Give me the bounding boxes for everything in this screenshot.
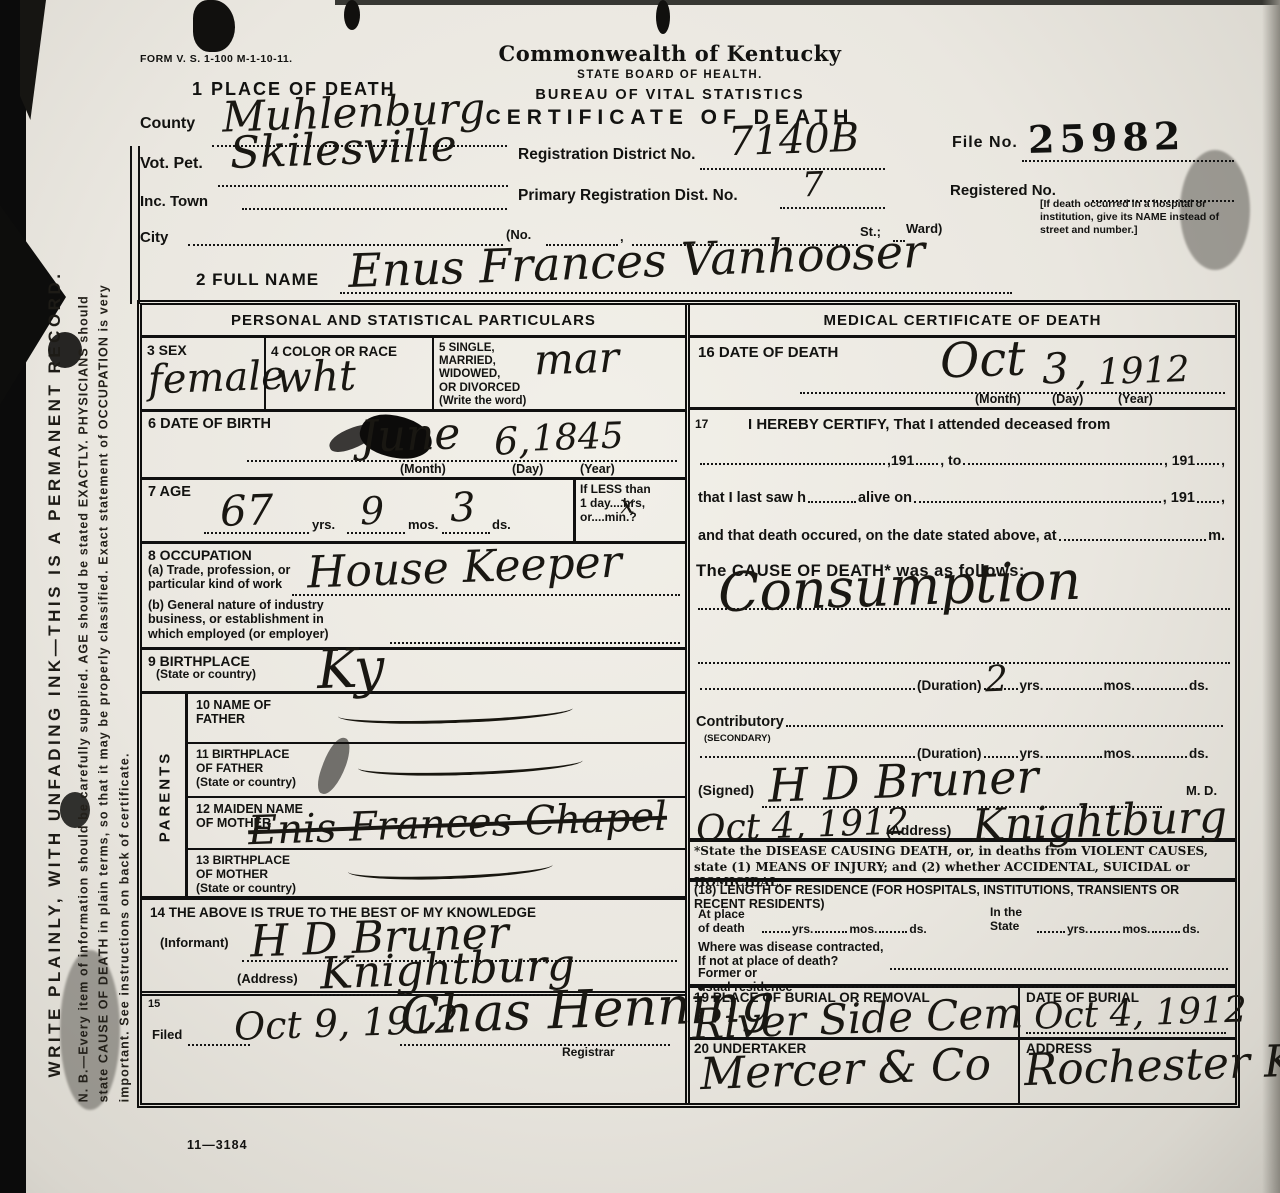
file-no-label: File No. [952,134,1018,152]
contributory-label: Contributory [696,714,784,730]
dotted-blank [879,929,907,933]
informant-address-label: (Address) [237,972,298,987]
month-sublabel: (Month) [400,462,446,476]
state-board-title: STATE BOARD OF HEALTH. [470,69,870,82]
signed-address-handwritten: Knightburg [971,796,1228,849]
color-race-handwritten: wht [275,355,356,400]
mos-label: mos. [1104,746,1136,761]
occupation-handwritten: House Keeper [306,541,622,596]
city-label: City [140,229,168,246]
yrs-label: yrs. [312,518,335,533]
county-label: County [140,115,195,133]
age-months-handwritten: 9 [359,492,384,531]
printed-191: , 191 [1164,452,1195,468]
occupation-label: 8 OCCUPATION [148,547,252,563]
informant-label: (Informant) [160,936,229,951]
dotted-blank [700,166,885,170]
filed-label: Filed [152,1028,182,1043]
occupation-b-label: (b) General nature of industry business,… [148,598,329,641]
scan-right-shadow [1262,0,1280,1193]
dotted-blank [700,686,915,690]
form-left-rule [130,146,140,304]
sex-cell: 3 SEX female [142,338,264,409]
printed-comma: , [1221,452,1225,468]
age-row: 7 AGE 67 yrs. 9 mos. 3 ds. If LESS than … [142,480,685,544]
less-than-day-note: If LESS than 1 day....hrs, or....min.? [580,483,651,524]
registration-district-handwritten: 7140B [727,118,860,163]
burial-row: 19 PLACE OF BURIAL OR REMOVAL River Side… [690,988,1235,1040]
cause-of-death-handwritten: Consumption [717,554,1082,621]
registrar-label: Registrar [562,1046,615,1060]
mos-label: mos. [408,518,438,533]
dod-year-handwritten: , 1912 [1074,352,1190,392]
full-name-label: 2 FULL NAME [196,270,319,290]
duration-line: (Duration) yrs. mos. ds. [698,678,1225,693]
dotted-blank [700,461,885,465]
month-sublabel: (Month) [975,392,1021,406]
father-birthplace-row: 11 BIRTHPLACE OF FATHER (State or countr… [188,744,685,798]
dotted-blank [815,929,847,933]
certify-line-2: ,191 , to , 191 , [698,452,1225,468]
day-sublabel: (Day) [512,462,543,476]
ds-label: ds. [1189,746,1209,761]
marital-cell: 5 SINGLE, MARRIED, WIDOWED, OR DIVORCED … [432,338,685,409]
dotted-blank [204,530,309,534]
dotted-blank [808,499,856,503]
margin-nb-instructions: N. B.—Every item of information should b… [74,274,135,1102]
undertaker-row: 20 UNDERTAKER Mercer & Co ADDRESS Roches… [690,1040,1235,1103]
medical-column: MEDICAL CERTIFICATE OF DEATH 16 DATE OF … [690,305,1235,1103]
certify-number: 17 [695,418,708,432]
dotted-blank [1046,754,1102,758]
year-sublabel: (Year) [580,462,615,476]
certify-text: I HEREBY CERTIFY, That I attended deceas… [748,416,1110,433]
printed-191: , 191 [1163,490,1195,506]
father-name-label: 10 NAME OF FATHER [196,698,271,727]
filed-number: 15 [148,998,160,1011]
dotted-blank [916,461,938,465]
mos-label: mos. [849,922,877,936]
signed-address-label: (Address) [886,822,951,838]
dotted-blank [1046,686,1102,690]
hospital-note: [If death occurred in a hospital or inst… [1040,198,1238,236]
ds-label: ds. [1182,922,1199,936]
ink-blot [313,734,354,798]
dob-label: 6 DATE OF BIRTH [148,416,271,433]
dotted-blank [963,461,1162,465]
mother-birthplace-label: 13 BIRTHPLACE OF MOTHER (State or countr… [196,854,296,895]
father-name-row: 10 NAME OF FATHER [188,694,685,744]
cause-footnote-block: *State the DISEASE CAUSING DEATH, or, in… [690,842,1235,882]
dotted-blank [218,183,508,187]
dotted-blank [780,205,885,209]
printed-m: m. [1208,528,1225,544]
dotted-blank [698,660,1230,664]
dob-month-handwritten: June [359,412,461,459]
less-than-mark-handwritten: x [620,492,636,518]
residence-title: (18) LENGTH OF RESIDENCE (FOR HOSPITALS,… [694,883,1231,912]
filed-block: 15 Filed Oct 9, 1912 Chas Henning Regist… [142,996,685,1103]
at-place-label: At place of death [698,908,745,936]
dotted-blank [1090,929,1120,933]
duration-label: (Duration) [917,678,982,693]
secondary-sublabel: (SECONDARY) [704,734,771,745]
year-sublabel: (Year) [1118,392,1153,406]
father-birthplace-label: 11 BIRTHPLACE OF FATHER (State or countr… [196,748,296,789]
registered-no-label: Registered No. [950,182,1056,199]
dotted-blank [1059,537,1207,541]
file-no-stamp: 25982 [1027,114,1185,162]
certification-block: 17 I HEREBY CERTIFY, That I attended dec… [690,410,1235,842]
duration-years-handwritten: 2 [984,662,1008,699]
dotted-blank [442,530,490,534]
mos-label: mos. [1122,922,1150,936]
ds-label: ds. [1189,678,1209,693]
printed-to: , to [940,452,961,468]
printed-comma: , [1221,490,1225,506]
contracted-label: Where was disease contracted, If not at … [698,940,884,969]
vot-pet-label: Vot. Pet. [140,155,203,173]
contributory-line: Contributory [696,714,1225,730]
handwritten-dash [348,862,553,882]
death-occurred-text: and that death occured, on the date stat… [698,528,1057,544]
marital-label: 5 SINGLE, MARRIED, WIDOWED, OR DIVORCED … [439,342,526,408]
dod-label: 16 DATE OF DEATH [698,344,838,361]
vot-pet-handwritten: Skilesville [229,124,457,176]
undertaker-cell: 20 UNDERTAKER Mercer & Co [690,1040,1020,1103]
yrs-label: yrs. [1067,922,1088,936]
dotted-blank [1197,461,1219,465]
age-label: 7 AGE [148,484,191,501]
age-main-cell: 7 AGE 67 yrs. 9 mos. 3 ds. [142,480,573,541]
in-state-label: In the State [990,906,1022,934]
color-race-cell: 4 COLOR OR RACE wht [264,338,432,409]
birthplace-row: 9 BIRTHPLACE (State or country) Ky [142,650,685,694]
certificate-body: PERSONAL AND STATISTICAL PARTICULARS 3 S… [137,300,1240,1108]
burial-place-cell: 19 PLACE OF BURIAL OR REMOVAL River Side… [690,988,1020,1037]
occupation-row: 8 OCCUPATION (a) Trade, profession, or p… [142,544,685,650]
dod-month-handwritten: Oct [939,335,1026,386]
dotted-blank [890,966,1228,970]
yrs-label: yrs. [792,922,813,936]
mos-label: mos. [1104,678,1136,693]
residence-block: (18) LENGTH OF RESIDENCE (FOR HOSPITALS,… [690,882,1235,988]
dotted-blank [1197,499,1219,503]
day-sublabel: (Day) [1052,392,1083,406]
handwritten-dash [358,758,583,779]
dotted-blank [1037,929,1065,933]
burial-place-handwritten: River Side Cem [691,992,1023,1046]
primary-registration-handwritten: 7 [801,168,824,203]
dob-day-handwritten: 6, [493,421,531,460]
dotted-blank [347,530,405,534]
dob-year-handwritten: 1845 [531,418,624,457]
date-of-death-row: 16 DATE OF DEATH Oct 3 , 1912 (Month) (D… [690,338,1235,410]
certify-line-4: and that death occured, on the date stat… [698,528,1225,544]
dotted-blank [1152,929,1180,933]
mother-name-row: 12 MAIDEN NAME OF MOTHER Enis Frances Ch… [188,798,685,850]
scan-top-line [335,0,1280,5]
in-state-duration: yrs. mos. ds. [1035,922,1230,936]
less-than-day-cell: If LESS than 1 day....hrs, or....min.? x [573,480,685,541]
ink-smudge [656,0,670,34]
dotted-blank [786,723,1223,727]
form-number: FORM V. S. 1-100 M-1-10-11. [140,53,293,65]
occupation-a-label: (a) Trade, profession, or particular kin… [148,563,290,592]
mother-name-handwritten-struck: Enis Frances Chapel [247,797,667,852]
dotted-blank [390,640,680,644]
form-code: 11—3184 [187,1138,248,1152]
dotted-blank [914,499,1161,503]
undertaker-address-handwritten: Rochester Ky [1023,1039,1280,1093]
certify-line-3: that I last saw h alive on , 191 , [698,490,1225,506]
parents-block: PARENTS 10 NAME OF FATHER 11 BIRTHPLACE … [142,694,685,900]
bureau-title: BUREAU OF VITAL STATISTICS [470,87,870,104]
age-days-handwritten: 3 [449,488,476,529]
inc-town-label: Inc. Town [140,193,208,210]
last-saw-text: that I last saw h [698,490,806,506]
ink-smudge [193,0,235,52]
commonwealth-title: Commonwealth of Kentucky [470,42,870,66]
mother-birthplace-row: 13 BIRTHPLACE OF MOTHER (State or countr… [188,850,685,896]
birthplace-sublabel: (State or country) [156,668,256,682]
dotted-blank [762,929,790,933]
scan-edge-strip [0,0,26,1193]
ds-label: ds. [492,518,511,533]
parents-label-cell: PARENTS [142,694,188,896]
dotted-blank [242,206,507,210]
marital-handwritten: mar [533,337,619,382]
dotted-blank [1137,754,1187,758]
burial-date-handwritten: Oct 4, 1912 [1033,992,1247,1035]
at-place-duration: yrs. mos. ds. [760,922,970,936]
parents-fields: 10 NAME OF FATHER 11 BIRTHPLACE OF FATHE… [188,694,685,896]
signed-label: (Signed) [698,782,754,798]
undertaker-handwritten: Mercer & Co [699,1043,991,1097]
printed-191: ,191 [887,452,914,468]
burial-date-cell: DATE OF BURIAL Oct 4, 1912 [1020,988,1235,1037]
yrs-label: yrs. [1020,678,1044,693]
primary-registration-label: Primary Registration Dist. No. [518,187,738,205]
death-certificate-scan: WRITE PLAINLY, WITH UNFADING INK—THIS IS… [0,0,1280,1193]
dotted-blank [1137,686,1187,690]
date-of-birth-row: 6 DATE OF BIRTH June 6, 1845 (Month) (Da… [142,412,685,480]
dotted-blank [292,592,680,596]
birthplace-handwritten: Ky [316,641,385,697]
handwritten-dash [338,706,573,727]
undertaker-address-cell: ADDRESS Rochester Ky [1020,1040,1235,1103]
ds-label: ds. [909,922,926,936]
age-years-handwritten: 67 [219,489,274,533]
dod-day-handwritten: 3 [1041,348,1069,391]
sex-color-marital-row: 3 SEX female 4 COLOR OR RACE wht 5 SINGL… [142,338,685,412]
ink-smudge [344,0,360,30]
margin-permanent-record-note: WRITE PLAINLY, WITH UNFADING INK—THIS IS… [45,244,65,1104]
personal-column: PERSONAL AND STATISTICAL PARTICULARS 3 S… [142,305,690,1103]
registration-district-label: Registration District No. [518,146,695,164]
alive-on-text: alive on [858,490,912,506]
parents-vertical-label: PARENTS [157,736,174,858]
